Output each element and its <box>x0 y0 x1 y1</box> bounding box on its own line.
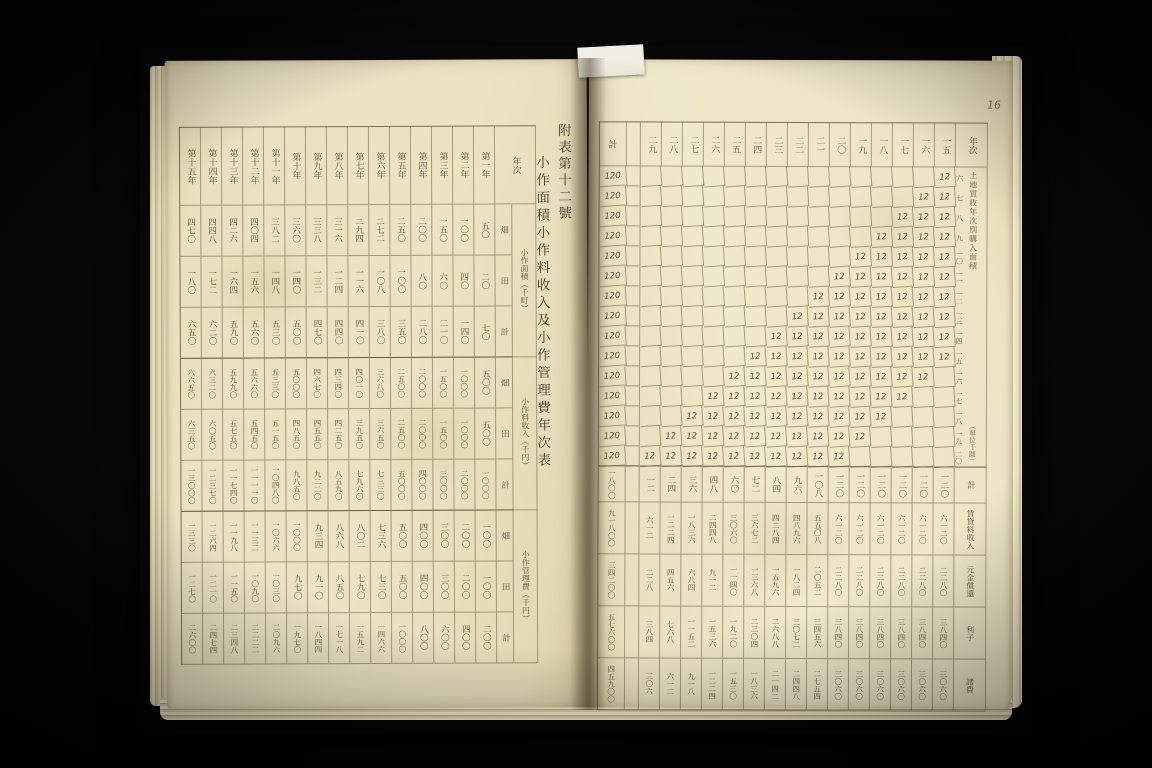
value-cell: 一三三〇 <box>182 511 203 563</box>
empty-cell <box>808 246 830 267</box>
empty-cell <box>871 207 893 228</box>
empty-cell <box>639 366 661 387</box>
value-cell: 六三五〇 <box>181 410 202 461</box>
value-cell: 六〇五〇 <box>202 410 223 461</box>
row-sublabel: 畑 <box>495 204 512 255</box>
spacer-cell <box>626 426 640 446</box>
empty-cell <box>766 186 788 207</box>
value-cell: 六五〇 <box>181 308 202 359</box>
summary-value-cell: 四八九六 <box>786 503 807 555</box>
empty-cell <box>912 387 934 408</box>
month-cell: 12 <box>913 267 935 288</box>
empty-cell <box>933 427 955 448</box>
spacer-cell <box>627 186 641 206</box>
column-sum-cell: 一二〇 <box>850 466 871 503</box>
photo-canvas: { "scene": { "description": "Photograph … <box>0 0 1152 768</box>
summary-value-cell: 六一二〇 <box>828 503 849 555</box>
year-column-header: 第十五年 <box>180 128 201 206</box>
summary-value-cell: 六一二 <box>639 502 660 554</box>
summary-value-cell: 三八四 <box>639 606 660 658</box>
summary-value-cell: 一九二〇 <box>723 607 744 659</box>
year-column-header: 二〇 <box>830 123 851 167</box>
summary-value-cell: 一一五二 <box>681 607 702 659</box>
empty-cell <box>702 346 724 367</box>
summary-value-cell: 二二八 <box>639 554 660 606</box>
month-cell: 12 <box>786 446 808 467</box>
value-cell: 三三八 <box>306 205 327 256</box>
month-cell: 12 <box>765 426 787 447</box>
open-ledger-book: 年次第一年第二年第三年第四年第五年第六年第七年第八年第九年第十年第十一年第十二年… <box>150 52 1022 720</box>
year-column-header: 一六 <box>914 123 935 167</box>
empty-cell <box>808 206 830 227</box>
column-sum-cell: 一二〇 <box>892 466 913 503</box>
month-cell: 12 <box>913 327 935 348</box>
summary-value-cell: 六八四 <box>681 555 702 607</box>
purchase-year-label: 八 <box>956 208 963 228</box>
month-cell: 12 <box>660 426 682 447</box>
empty-cell <box>766 266 788 287</box>
month-cell: 12 <box>871 227 893 248</box>
empty-cell <box>892 167 914 188</box>
value-cell: 二〇〇 <box>455 562 476 613</box>
month-cell: 12 <box>934 247 956 268</box>
value-cell: 一一九八 <box>224 511 245 563</box>
summary-value-cell: 三〇六〇 <box>723 503 744 555</box>
empty-cell <box>724 226 746 247</box>
column-sum-cell: 三六 <box>682 466 703 503</box>
summary-value-cell: 三八四〇 <box>849 607 870 659</box>
value-cell: 九三四 <box>308 510 329 562</box>
empty-cell <box>682 246 704 267</box>
empty-cell <box>640 206 662 227</box>
month-cell: 12 <box>871 287 893 308</box>
purchase-year-label: 一八 <box>955 408 962 428</box>
row-sublabel: 田 <box>496 408 513 459</box>
value-cell: 一〇〇〇 <box>475 459 496 510</box>
value-cell: 五〇〇 <box>475 408 496 459</box>
column-sum-cell: 二四 <box>661 466 682 503</box>
empty-cell <box>681 346 703 367</box>
month-cell: 12 <box>850 287 872 308</box>
value-cell: 一〇九〇 <box>245 562 266 613</box>
year-column-header: 二四 <box>746 123 767 167</box>
value-cell: 三六八〇 <box>370 357 391 409</box>
year-column-header: 二六 <box>704 123 725 167</box>
month-cell: 12 <box>681 446 703 467</box>
value-cell: 三五〇 <box>391 307 412 358</box>
year-column-header: 第十一年 <box>264 127 285 205</box>
month-cell: 12 <box>913 207 935 228</box>
month-cell: 12 <box>639 446 661 467</box>
value-cell: 五〇 <box>474 204 495 255</box>
empty-cell <box>682 206 704 227</box>
value-cell: 二四七四 <box>203 614 224 665</box>
summary-value-cell: 五五〇八 <box>807 503 828 555</box>
value-cell: 五九九〇 <box>223 358 244 410</box>
empty-cell <box>640 166 662 187</box>
month-cell: 12 <box>807 426 829 447</box>
summary-value-cell: 二六八八 <box>765 607 786 659</box>
empty-cell <box>703 266 725 287</box>
empty-cell <box>681 366 703 387</box>
empty-cell <box>933 407 955 428</box>
year-column-header: 第十三年 <box>222 128 243 206</box>
summary-value-cell: 一五九六 <box>765 555 786 607</box>
value-cell: 四六七〇 <box>307 357 328 409</box>
empty-cell <box>912 427 934 448</box>
month-cell: 12 <box>849 367 871 388</box>
empty-cell <box>639 406 661 427</box>
value-cell: 一五〇〇 <box>433 409 454 460</box>
value-cell: 八〇 <box>411 256 432 307</box>
spacer-cell <box>625 658 639 710</box>
spacer-cell <box>627 166 641 186</box>
summary-value-cell: 三〇六 <box>639 658 660 710</box>
month-cell: 12 <box>892 287 914 308</box>
value-cell: 八六八 <box>329 510 350 562</box>
spacer-cell <box>625 554 639 606</box>
summary-value-cell: 二三〇四 <box>744 607 765 659</box>
purchase-year-label: 一三 <box>955 308 962 328</box>
month-cell: 12 <box>934 267 956 288</box>
value-cell: 三八〇 <box>370 307 391 358</box>
summary-value-cell: 一二二四 <box>660 503 681 555</box>
empty-cell <box>724 306 746 327</box>
value-cell: 五一五〇 <box>265 409 286 460</box>
summary-value-cell: 一三六八 <box>744 555 765 607</box>
month-cell: 12 <box>787 326 809 347</box>
value-cell: 五四五〇 <box>244 409 265 460</box>
value-cell: 三〇〇〇 <box>433 460 454 511</box>
month-cell: 12 <box>807 386 829 407</box>
month-cell: 12 <box>723 426 745 447</box>
summary-value-cell: 四五六 <box>660 555 681 607</box>
summary-value-cell: 二一四二 <box>765 659 786 711</box>
row-sublabel: 計 <box>496 306 513 357</box>
value-cell: 一〇〇 <box>476 561 497 612</box>
value-cell: 七三〇 <box>371 562 392 613</box>
empty-cell <box>745 266 767 287</box>
empty-cell <box>850 207 872 228</box>
month-cell: 12 <box>828 386 850 407</box>
empty-cell <box>661 266 683 287</box>
value-cell: 二〇〇〇 <box>412 357 433 409</box>
value-cell: 三九五〇 <box>349 409 370 460</box>
month-cell: 12 <box>765 446 787 467</box>
value-cell: 五九〇 <box>223 308 244 359</box>
year-column-header: 第十二年 <box>243 127 264 205</box>
month-cell: 12 <box>744 446 766 467</box>
spacer-cell <box>626 326 640 346</box>
summary-value-cell: 二二八〇 <box>933 555 954 607</box>
value-cell: 三六〇 <box>285 205 306 256</box>
month-cell: 12 <box>786 366 808 387</box>
value-cell: 五六六〇 <box>244 357 265 409</box>
value-cell: 九七〇 <box>287 562 308 613</box>
summary-value-cell: 二二八〇 <box>870 555 891 607</box>
month-cell: 12 <box>807 406 829 427</box>
month-cell: 12 <box>808 286 830 307</box>
empty-cell <box>661 166 683 187</box>
value-cell: 三〇〇 <box>434 510 455 562</box>
year-column-header: 第一年 <box>474 126 495 204</box>
value-cell: 一一三二 <box>245 510 266 562</box>
value-cell: 一七一八 <box>329 613 350 664</box>
purchase-year-label: 六 <box>956 168 963 188</box>
month-cell: 12 <box>934 207 956 228</box>
value-cell: 一二七〇 <box>182 563 203 614</box>
summary-value-cell: 三八四〇 <box>891 607 912 659</box>
value-cell: 六〇 <box>432 256 453 307</box>
value-cell: 一五〇 <box>432 205 453 256</box>
empty-cell <box>933 447 955 468</box>
summary-value-cell: 一二二四 <box>702 659 723 711</box>
value-cell: 四七〇 <box>180 206 201 257</box>
empty-cell <box>639 346 661 367</box>
empty-cell <box>640 226 662 247</box>
empty-cell <box>745 166 767 187</box>
month-cell: 12 <box>660 446 682 467</box>
summary-value-cell: 六一二〇 <box>912 503 933 555</box>
year-axis-header: 年次 <box>495 126 536 204</box>
value-cell: 七三三〇 <box>370 460 391 511</box>
month-cell: 12 <box>871 307 893 328</box>
summary-value-cell: 二二八〇 <box>891 555 912 607</box>
month-cell: 12 <box>828 426 850 447</box>
spacer-cell <box>626 346 640 366</box>
month-cell: 12 <box>892 307 914 328</box>
empty-cell <box>766 246 788 267</box>
empty-cell <box>745 246 767 267</box>
value-cell: 三一六 <box>327 205 348 256</box>
value-cell: 八〇二 <box>350 510 371 562</box>
empty-cell <box>639 386 661 407</box>
year-column-header: 第八年 <box>327 127 348 205</box>
purchase-year-label: 一二 <box>955 288 962 308</box>
empty-cell <box>829 166 851 187</box>
year-column-header: 第六年 <box>369 127 390 205</box>
value-cell: 一一七四〇 <box>223 461 244 512</box>
summary-value-cell: 二二八〇 <box>912 555 933 607</box>
value-cell: 二二二二 <box>245 613 266 664</box>
value-cell: 二六〇〇 <box>182 614 203 665</box>
month-cell: 12 <box>723 386 745 407</box>
value-cell: 一二四 <box>327 256 348 307</box>
month-cell: 12 <box>765 346 787 367</box>
summary-value-cell: 一五三〇 <box>723 659 744 711</box>
value-cell: 五三〇 <box>265 307 286 358</box>
row-sublabel: 計 <box>497 612 514 663</box>
month-cell: 12 <box>912 347 934 368</box>
month-cell: 12 <box>871 267 893 288</box>
month-cell: 12 <box>892 247 914 268</box>
month-cell: 12 <box>828 366 850 387</box>
year-column-header: 二八 <box>662 123 683 167</box>
empty-cell <box>745 226 767 247</box>
value-cell: 四〇〇 <box>413 562 434 613</box>
purchase-year-label: 二〇 <box>955 448 962 468</box>
month-cell: 12 <box>723 446 745 467</box>
value-cell: 一二三七〇 <box>202 461 223 512</box>
empty-cell <box>870 427 892 448</box>
empty-cell <box>766 306 788 327</box>
value-cell: 四〇四 <box>243 205 264 256</box>
year-column-header: 二三 <box>767 123 788 167</box>
column-sum-cell: 一二〇 <box>913 466 934 503</box>
month-cell: 12 <box>786 386 808 407</box>
month-cell: 12 <box>934 327 956 348</box>
value-cell: 四四八 <box>201 206 222 257</box>
value-cell: 五〇〇〇 <box>286 357 307 409</box>
month-cell: 12 <box>766 326 788 347</box>
year-column-header: 第三年 <box>432 127 453 205</box>
empty-cell <box>912 447 934 468</box>
value-cell: 九一〇 <box>308 562 329 613</box>
value-cell: 二〇〇 <box>455 510 476 562</box>
column-sum-cell: 六〇 <box>724 466 745 503</box>
value-cell: 四三四〇 <box>328 357 349 409</box>
month-cell: 12 <box>829 306 851 327</box>
month-cell: 12 <box>681 426 703 447</box>
value-cell: 四〇〇 <box>413 510 434 562</box>
value-cell: 二八〇 <box>412 307 433 358</box>
year-column-header: 第七年 <box>348 127 369 205</box>
month-cell: 12 <box>892 227 914 248</box>
empty-cell <box>850 167 872 188</box>
month-cell: 12 <box>787 306 809 327</box>
month-cell: 12 <box>891 387 913 408</box>
value-cell: 一〇〇〇 <box>392 613 413 664</box>
spacer-cell <box>626 446 640 466</box>
month-cell: 12 <box>786 346 808 367</box>
empty-cell <box>661 286 683 307</box>
empty-cell <box>724 286 746 307</box>
month-cell: 12 <box>934 287 956 308</box>
value-cell: 四〇 <box>453 256 474 307</box>
month-cell: 12 <box>723 406 745 427</box>
empty-cell <box>724 206 746 227</box>
summary-value-cell: 六一二〇 <box>891 503 912 555</box>
spacer-cell <box>626 465 640 502</box>
row-sublabel: 畑 <box>497 509 514 561</box>
empty-cell <box>640 186 662 207</box>
value-cell: 七三六 <box>371 510 392 562</box>
empty-cell <box>724 166 746 187</box>
empty-cell <box>870 447 892 468</box>
unit-note: （單位千圓） <box>968 423 975 465</box>
empty-cell <box>850 187 872 208</box>
empty-cell <box>829 246 851 267</box>
year-axis-header: 年次 <box>956 124 988 168</box>
value-cell: 六〇〇 <box>434 613 455 664</box>
empty-cell <box>640 246 662 267</box>
summary-value-cell: 三〇六〇 <box>933 659 954 711</box>
month-cell: 12 <box>913 247 935 268</box>
month-cell: 12 <box>912 367 934 388</box>
spacer-cell <box>626 406 640 426</box>
column-sum-cell: 一二〇 <box>934 466 955 503</box>
value-cell: 一一六 <box>348 256 369 307</box>
year-column-header: 第九年 <box>306 127 327 205</box>
summary-value-cell: 三〇六〇 <box>849 659 870 711</box>
column-sum-cell: 七二 <box>745 466 766 503</box>
value-cell: 五三三〇 <box>265 357 286 409</box>
page-number: 16 <box>987 99 1001 112</box>
month-cell: 12 <box>808 326 830 347</box>
month-cell: 12 <box>849 427 871 448</box>
value-cell: 六三二〇 <box>202 358 223 410</box>
summary-value-cell: 三四五六 <box>807 607 828 659</box>
empty-cell <box>891 427 913 448</box>
left-table: 年次第一年第二年第三年第四年第五年第六年第七年第八年第九年第十年第十一年第十二年… <box>179 125 538 665</box>
summary-value-cell: 三〇七二 <box>786 607 807 659</box>
row-sublabel: 田 <box>497 561 514 612</box>
value-cell: 四一〇 <box>349 307 370 358</box>
summary-value-cell: 三〇六〇 <box>891 659 912 711</box>
value-cell: 四二六 <box>222 206 243 257</box>
value-cell: 九八五〇 <box>286 460 307 511</box>
year-column-header: 第十四年 <box>201 128 222 206</box>
summary-value-cell: 三〇六〇 <box>912 659 933 711</box>
month-cell: 12 <box>829 326 851 347</box>
empty-cell <box>724 266 746 287</box>
month-cell: 12 <box>891 367 913 388</box>
value-cell: 二〇 <box>474 255 495 306</box>
month-cell: 12 <box>934 307 956 328</box>
empty-cell <box>892 187 914 208</box>
value-cell: 二〇〇 <box>411 205 432 256</box>
empty-cell <box>871 187 893 208</box>
value-cell: 一三二 <box>306 256 327 307</box>
month-cell: 12 <box>829 266 851 287</box>
value-cell: 六六五〇 <box>181 358 202 410</box>
value-cell: 一一一一〇 <box>244 460 265 511</box>
empty-cell <box>661 326 683 347</box>
empty-cell <box>808 186 830 207</box>
month-cell: 12 <box>828 406 850 427</box>
value-cell: 八〇〇 <box>413 613 434 664</box>
empty-cell <box>682 166 704 187</box>
empty-cell <box>703 326 725 347</box>
value-cell: 一四八 <box>264 256 285 307</box>
summary-row-label: 元金償還 <box>954 556 986 608</box>
summary-value-cell: 三〇六〇 <box>828 659 849 711</box>
value-cell: 三八二 <box>264 205 285 256</box>
month-cell: 12 <box>828 446 850 467</box>
summary-value-cell: 三八四〇 <box>870 607 891 659</box>
empty-cell <box>682 186 704 207</box>
empty-cell <box>661 186 683 207</box>
month-cell: 12 <box>702 386 724 407</box>
empty-cell <box>660 406 682 427</box>
value-cell: 一六四 <box>222 257 243 308</box>
row-sublabel: 計 <box>496 459 513 510</box>
month-cell: 12 <box>871 327 893 348</box>
month-cell: 12 <box>850 327 872 348</box>
month-cell: 12 <box>808 306 830 327</box>
month-cell: 12 <box>702 406 724 427</box>
spacer-cell <box>626 286 640 306</box>
summary-value-cell: 二四四八 <box>702 503 723 555</box>
year-column-header: 一九 <box>851 123 872 167</box>
empty-cell <box>682 326 704 347</box>
purchase-year-label: 一〇 <box>955 248 962 268</box>
empty-cell <box>681 386 703 407</box>
summary-value-cell: 三八四〇 <box>828 607 849 659</box>
month-cell: 12 <box>934 187 956 208</box>
year-column-header: 第五年 <box>390 127 411 205</box>
summary-value-cell: 二二八〇 <box>828 555 849 607</box>
